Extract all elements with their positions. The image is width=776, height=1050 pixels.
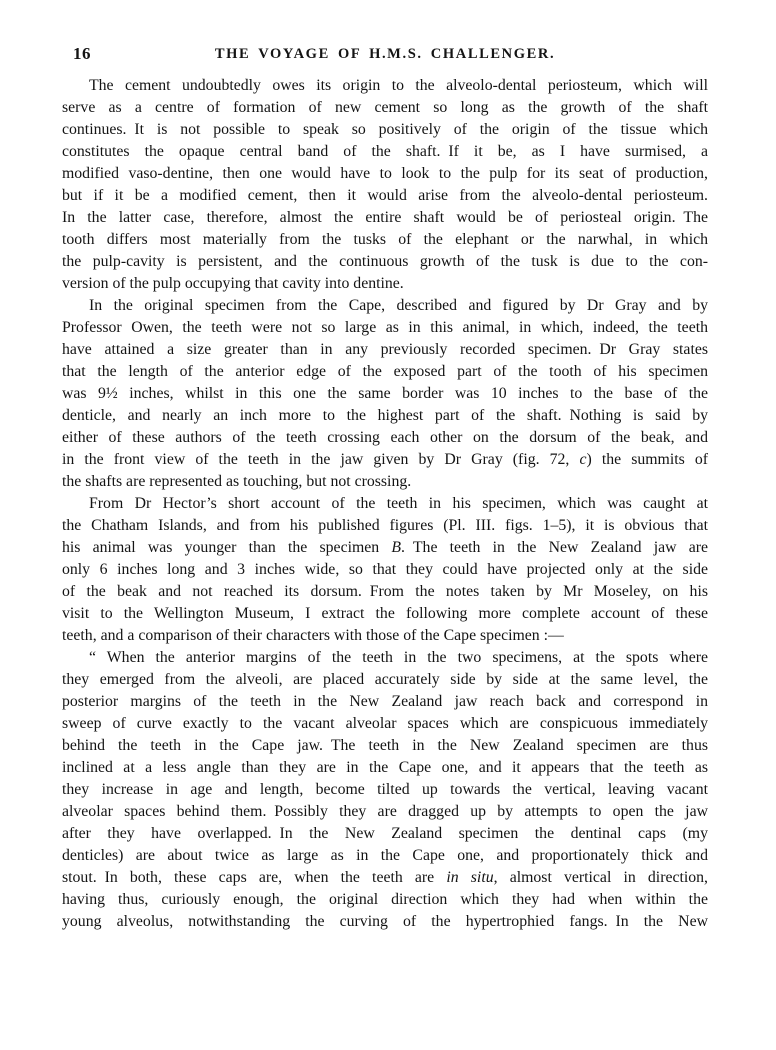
text-line: the pulp-cavity is persistent, and the c… [62, 251, 708, 273]
text-line: they increase in age and length, become … [62, 779, 708, 801]
text-line: only 6 inches long and 3 inches wide, so… [62, 559, 708, 581]
text-line: serve as a centre of formation of new ce… [62, 97, 708, 119]
text-line: the Chatham Islands, and from his publis… [62, 515, 708, 537]
text-line: version of the pulp occupying that cavit… [62, 273, 708, 295]
text-line: tooth differs most materially from the t… [62, 229, 708, 251]
text-line: stout. In both, these caps are, when the… [62, 867, 708, 889]
text-line: but if it be a modified cement, then it … [62, 185, 708, 207]
text-line: visit to the Wellington Museum, I extrac… [62, 603, 708, 625]
text-line: either of these authors of the teeth cro… [62, 427, 708, 449]
running-head: 16 THE VOYAGE OF H.M.S. CHALLENGER. [62, 44, 708, 64]
page-content: 16 THE VOYAGE OF H.M.S. CHALLENGER. The … [62, 44, 708, 933]
text-line: Professor Owen, the teeth were not so la… [62, 317, 708, 339]
text-line: of the beak and not reached its dorsum. … [62, 581, 708, 603]
text-line: his animal was younger than the specimen… [62, 537, 708, 559]
running-title: THE VOYAGE OF H.M.S. CHALLENGER. [62, 44, 708, 64]
paragraph: “ When the anterior margins of the teeth… [62, 647, 708, 933]
text-line: have attained a size greater than in any… [62, 339, 708, 361]
text-line: young alveolus, notwithstanding the curv… [62, 911, 708, 933]
text-line: having thus, curiously enough, the origi… [62, 889, 708, 911]
text-line: behind the teeth in the Cape jaw. The te… [62, 735, 708, 757]
paragraph: In the original specimen from the Cape, … [62, 295, 708, 493]
text-line: teeth, and a comparison of their charact… [62, 625, 708, 647]
text-line: The cement undoubtedly owes its origin t… [62, 75, 708, 97]
book-page: 16 THE VOYAGE OF H.M.S. CHALLENGER. The … [0, 0, 776, 1050]
text-line: constitutes the opaque central band of t… [62, 141, 708, 163]
text-line: “ When the anterior margins of the teeth… [62, 647, 708, 669]
text-line: modified vaso-dentine, then one would ha… [62, 163, 708, 185]
text-line: posterior margins of the teeth in the Ne… [62, 691, 708, 713]
paragraph: The cement undoubtedly owes its origin t… [62, 75, 708, 295]
text-line: inclined at a less angle than they are i… [62, 757, 708, 779]
text-line: that the length of the anterior edge of … [62, 361, 708, 383]
text-line: after they have overlapped. In the New Z… [62, 823, 708, 845]
text-line: From Dr Hector’s short account of the te… [62, 493, 708, 515]
text-line: alveolar spaces behind them. Possibly th… [62, 801, 708, 823]
text-line: the shafts are represented as touching, … [62, 471, 708, 493]
text-line: sweep of curve exactly to the vacant alv… [62, 713, 708, 735]
text-line: they emerged from the alveoli, are place… [62, 669, 708, 691]
text-line: continues. It is not possible to speak s… [62, 119, 708, 141]
text-body: The cement undoubtedly owes its origin t… [62, 75, 708, 933]
text-line: denticles) are about twice as large as i… [62, 845, 708, 867]
text-line: In the latter case, therefore, almost th… [62, 207, 708, 229]
text-line: In the original specimen from the Cape, … [62, 295, 708, 317]
paragraph: From Dr Hector’s short account of the te… [62, 493, 708, 647]
text-line: was 9½ inches, whilst in this one the sa… [62, 383, 708, 405]
text-line: in the front view of the teeth in the ja… [62, 449, 708, 471]
page-number: 16 [73, 44, 91, 64]
text-line: denticle, and nearly an inch more to the… [62, 405, 708, 427]
